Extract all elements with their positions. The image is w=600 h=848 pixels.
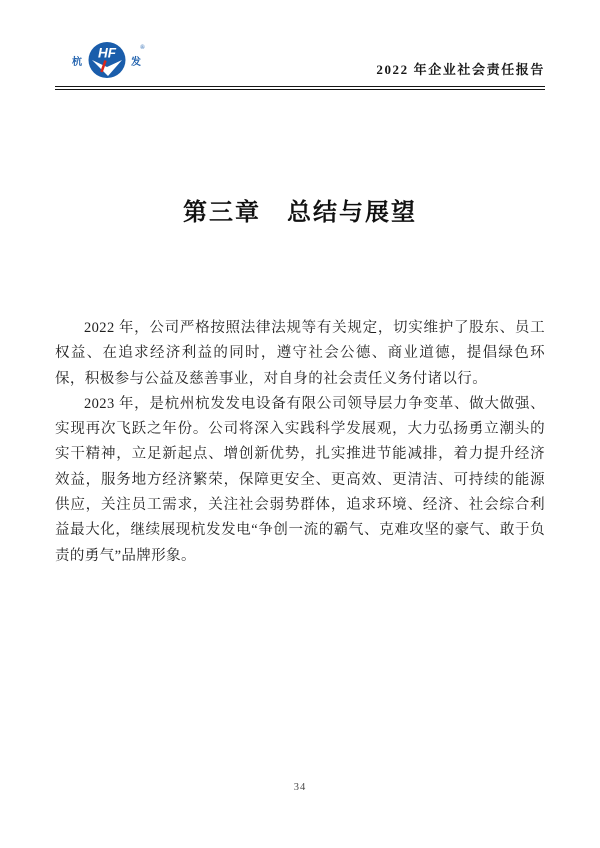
company-logo-icon: 杭 HF 发 ® <box>68 40 148 80</box>
report-page: 杭 HF 发 ® 2022 年企业社会责任报告 第三章 总结与展望 2022 年… <box>0 0 600 848</box>
chapter-title: 第三章 总结与展望 <box>55 192 545 227</box>
page-number: 34 <box>0 782 600 793</box>
paragraph-2022-summary: 2022 年，公司严格按照法律法规等有关规定，切实维护了股东、员工权益、在追求经… <box>55 316 545 392</box>
header-rule <box>55 86 545 90</box>
logo-right-char: 发 <box>130 55 141 68</box>
registered-trademark-icon: ® <box>140 44 145 51</box>
body-text-block: 2022 年，公司严格按照法律法规等有关规定，切实维护了股东、员工权益、在追求经… <box>55 316 545 569</box>
paragraph-2023-outlook: 2023 年，是杭州杭发发电设备有限公司领导层力争变革、做大做强、实现再次飞跃之… <box>55 392 545 569</box>
company-logo: 杭 HF 发 ® <box>68 40 148 80</box>
header-report-title: 2022 年企业社会责任报告 <box>376 59 545 78</box>
logo-monogram: HF <box>98 46 117 61</box>
logo-left-char: 杭 <box>72 55 82 68</box>
